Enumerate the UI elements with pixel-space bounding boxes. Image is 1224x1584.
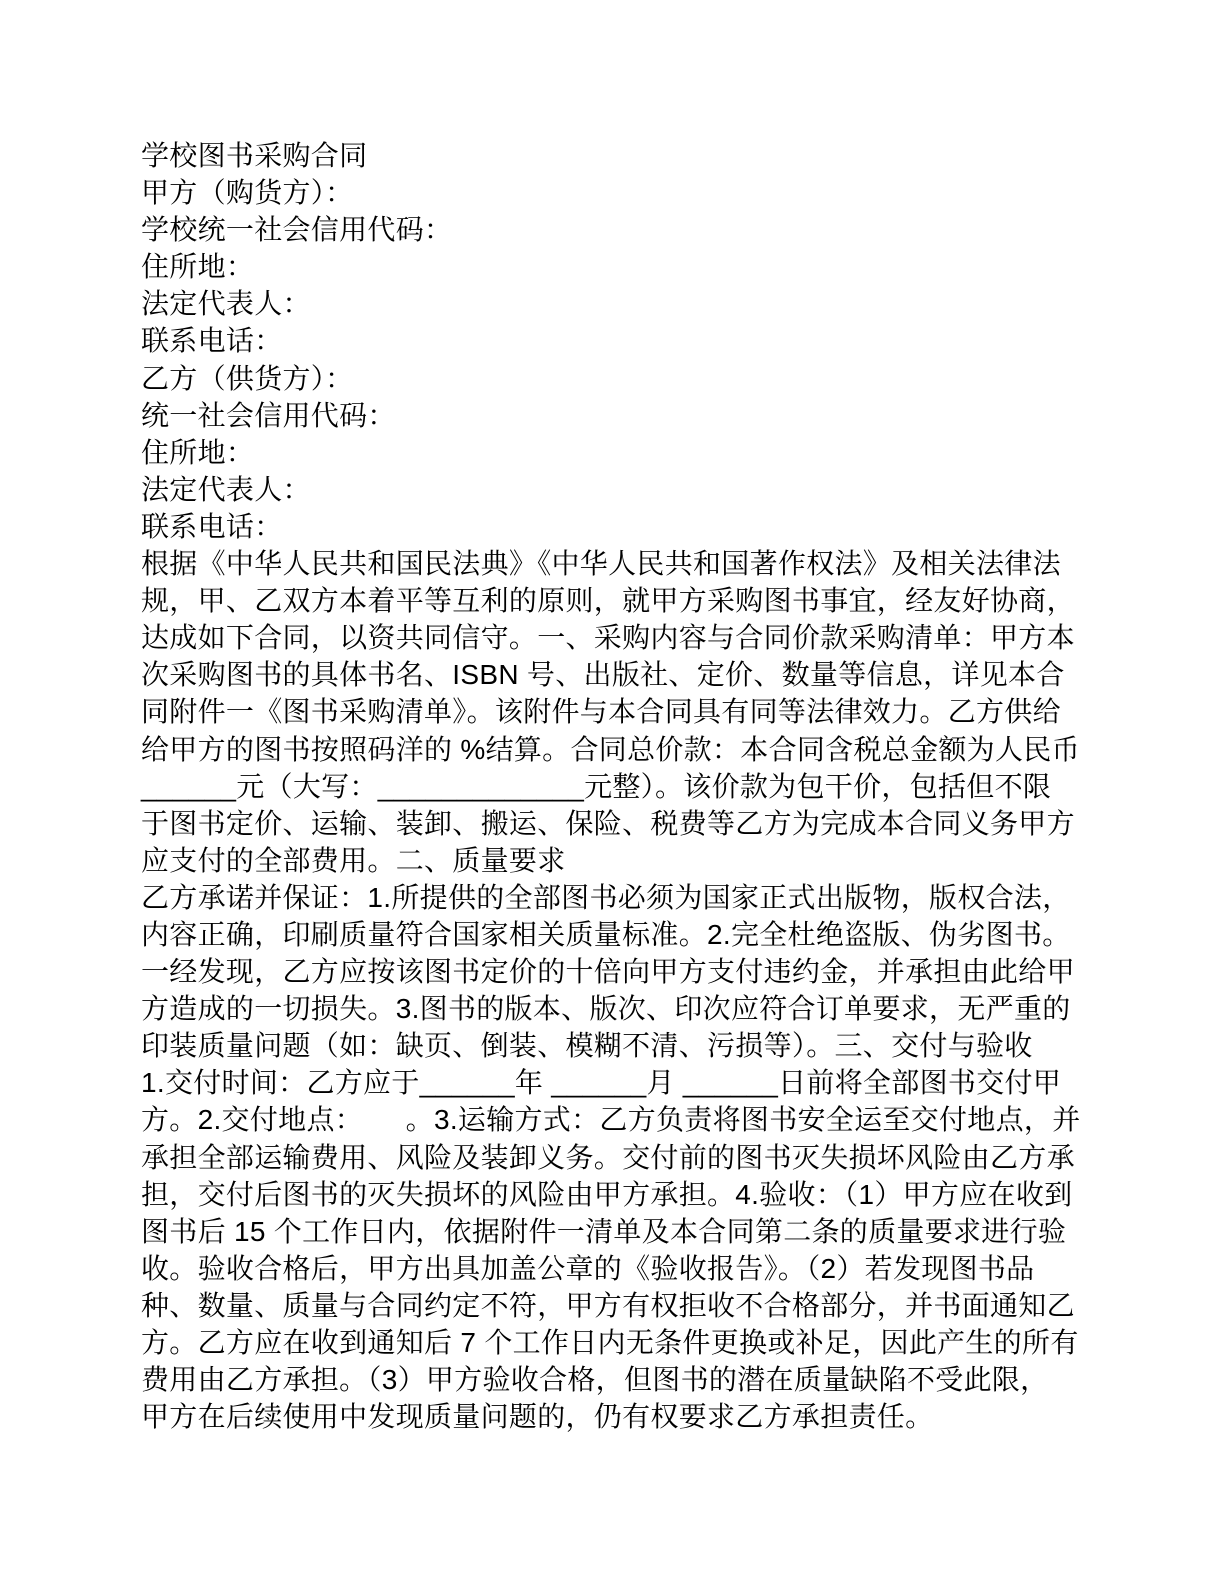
body-line: 于图书定价、运输、装卸、搬运、保险、税费等乙方为完成本合同义务甲方	[141, 805, 1101, 842]
party-b-credit-code-line: 统一社会信用代码：	[141, 397, 1101, 434]
body-line: 承担全部运输费用、风险及装卸义务。交付前的图书灭失损坏风险由乙方承	[141, 1139, 1101, 1176]
body-line: 费用由乙方承担。（3）甲方验收合格，但图书的潜在质量缺陷不受此限，	[141, 1361, 1101, 1398]
party-a-line: 甲方（购货方）：	[141, 174, 1101, 211]
body-line: 担，交付后图书的灭失损坏的风险由甲方承担。4.验收：（1）甲方应在收到	[141, 1176, 1101, 1213]
body-line: 同附件一《图书采购清单》。该附件与本合同具有同等法律效力。乙方供给	[141, 693, 1101, 730]
body-line: 方造成的一切损失。3.图书的版本、版次、印次应符合订单要求，无严重的	[141, 990, 1101, 1027]
body-line: 给甲方的图书按照码洋的 %结算。合同总价款：本合同含税总金额为人民币	[141, 731, 1101, 768]
body-line: 图书后 15 个工作日内，依据附件一清单及本合同第二条的质量要求进行验	[141, 1213, 1101, 1250]
body-line: 种、数量、质量与合同约定不符，甲方有权拒收不合格部分，并书面通知乙	[141, 1287, 1101, 1324]
body-line: 印装质量问题（如：缺页、倒装、模糊不清、污损等）。三、交付与验收	[141, 1027, 1101, 1064]
body-line: 规，甲、乙双方本着平等互利的原则，就甲方采购图书事宜，经友好协商，	[141, 582, 1101, 619]
body-line: 应支付的全部费用。二、质量要求	[141, 842, 1101, 879]
party-b-address-line: 住所地：	[141, 434, 1101, 471]
party-b-line: 乙方（供货方）：	[141, 360, 1101, 397]
body-line: ______元（大写：_____________元整）。该价款为包干价，包括但不…	[141, 768, 1101, 805]
document-body: 学校图书采购合同 甲方（购货方）： 学校统一社会信用代码： 住所地： 法定代表人…	[141, 137, 1101, 1435]
document-page: 学校图书采购合同 甲方（购货方）： 学校统一社会信用代码： 住所地： 法定代表人…	[0, 0, 1224, 1584]
body-line: 乙方承诺并保证：1.所提供的全部图书必须为国家正式出版物，版权合法，	[141, 879, 1101, 916]
party-a-phone-line: 联系电话：	[141, 322, 1101, 359]
party-a-address-line: 住所地：	[141, 248, 1101, 285]
party-a-legal-rep-line: 法定代表人：	[141, 285, 1101, 322]
body-line: 达成如下合同，以资共同信守。一、采购内容与合同价款采购清单：甲方本	[141, 619, 1101, 656]
body-line: 次采购图书的具体书名、ISBN 号、出版社、定价、数量等信息，详见本合	[141, 656, 1101, 693]
body-line: 收。验收合格后，甲方出具加盖公章的《验收报告》。（2）若发现图书品	[141, 1250, 1101, 1287]
body-line: 一经发现，乙方应按该图书定价的十倍向甲方支付违约金，并承担由此给甲	[141, 953, 1101, 990]
body-line: 1.交付时间：乙方应于______年 ______月 ______日前将全部图书…	[141, 1064, 1101, 1101]
party-b-legal-rep-line: 法定代表人：	[141, 471, 1101, 508]
body-line: 方。乙方应在收到通知后 7 个工作日内无条件更换或补足，因此产生的所有	[141, 1324, 1101, 1361]
body-line: 内容正确，印刷质量符合国家相关质量标准。2.完全杜绝盗版、伪劣图书。	[141, 916, 1101, 953]
party-a-credit-code-line: 学校统一社会信用代码：	[141, 211, 1101, 248]
body-line: 根据《中华人民共和国民法典》《中华人民共和国著作权法》及相关法律法	[141, 545, 1101, 582]
body-line: 甲方在后续使用中发现质量问题的，仍有权要求乙方承担责任。	[141, 1398, 1101, 1435]
contract-title: 学校图书采购合同	[141, 137, 1101, 174]
body-line: 方。2.交付地点： 。3.运输方式：乙方负责将图书安全运至交付地点，并	[141, 1101, 1101, 1138]
party-b-phone-line: 联系电话：	[141, 508, 1101, 545]
